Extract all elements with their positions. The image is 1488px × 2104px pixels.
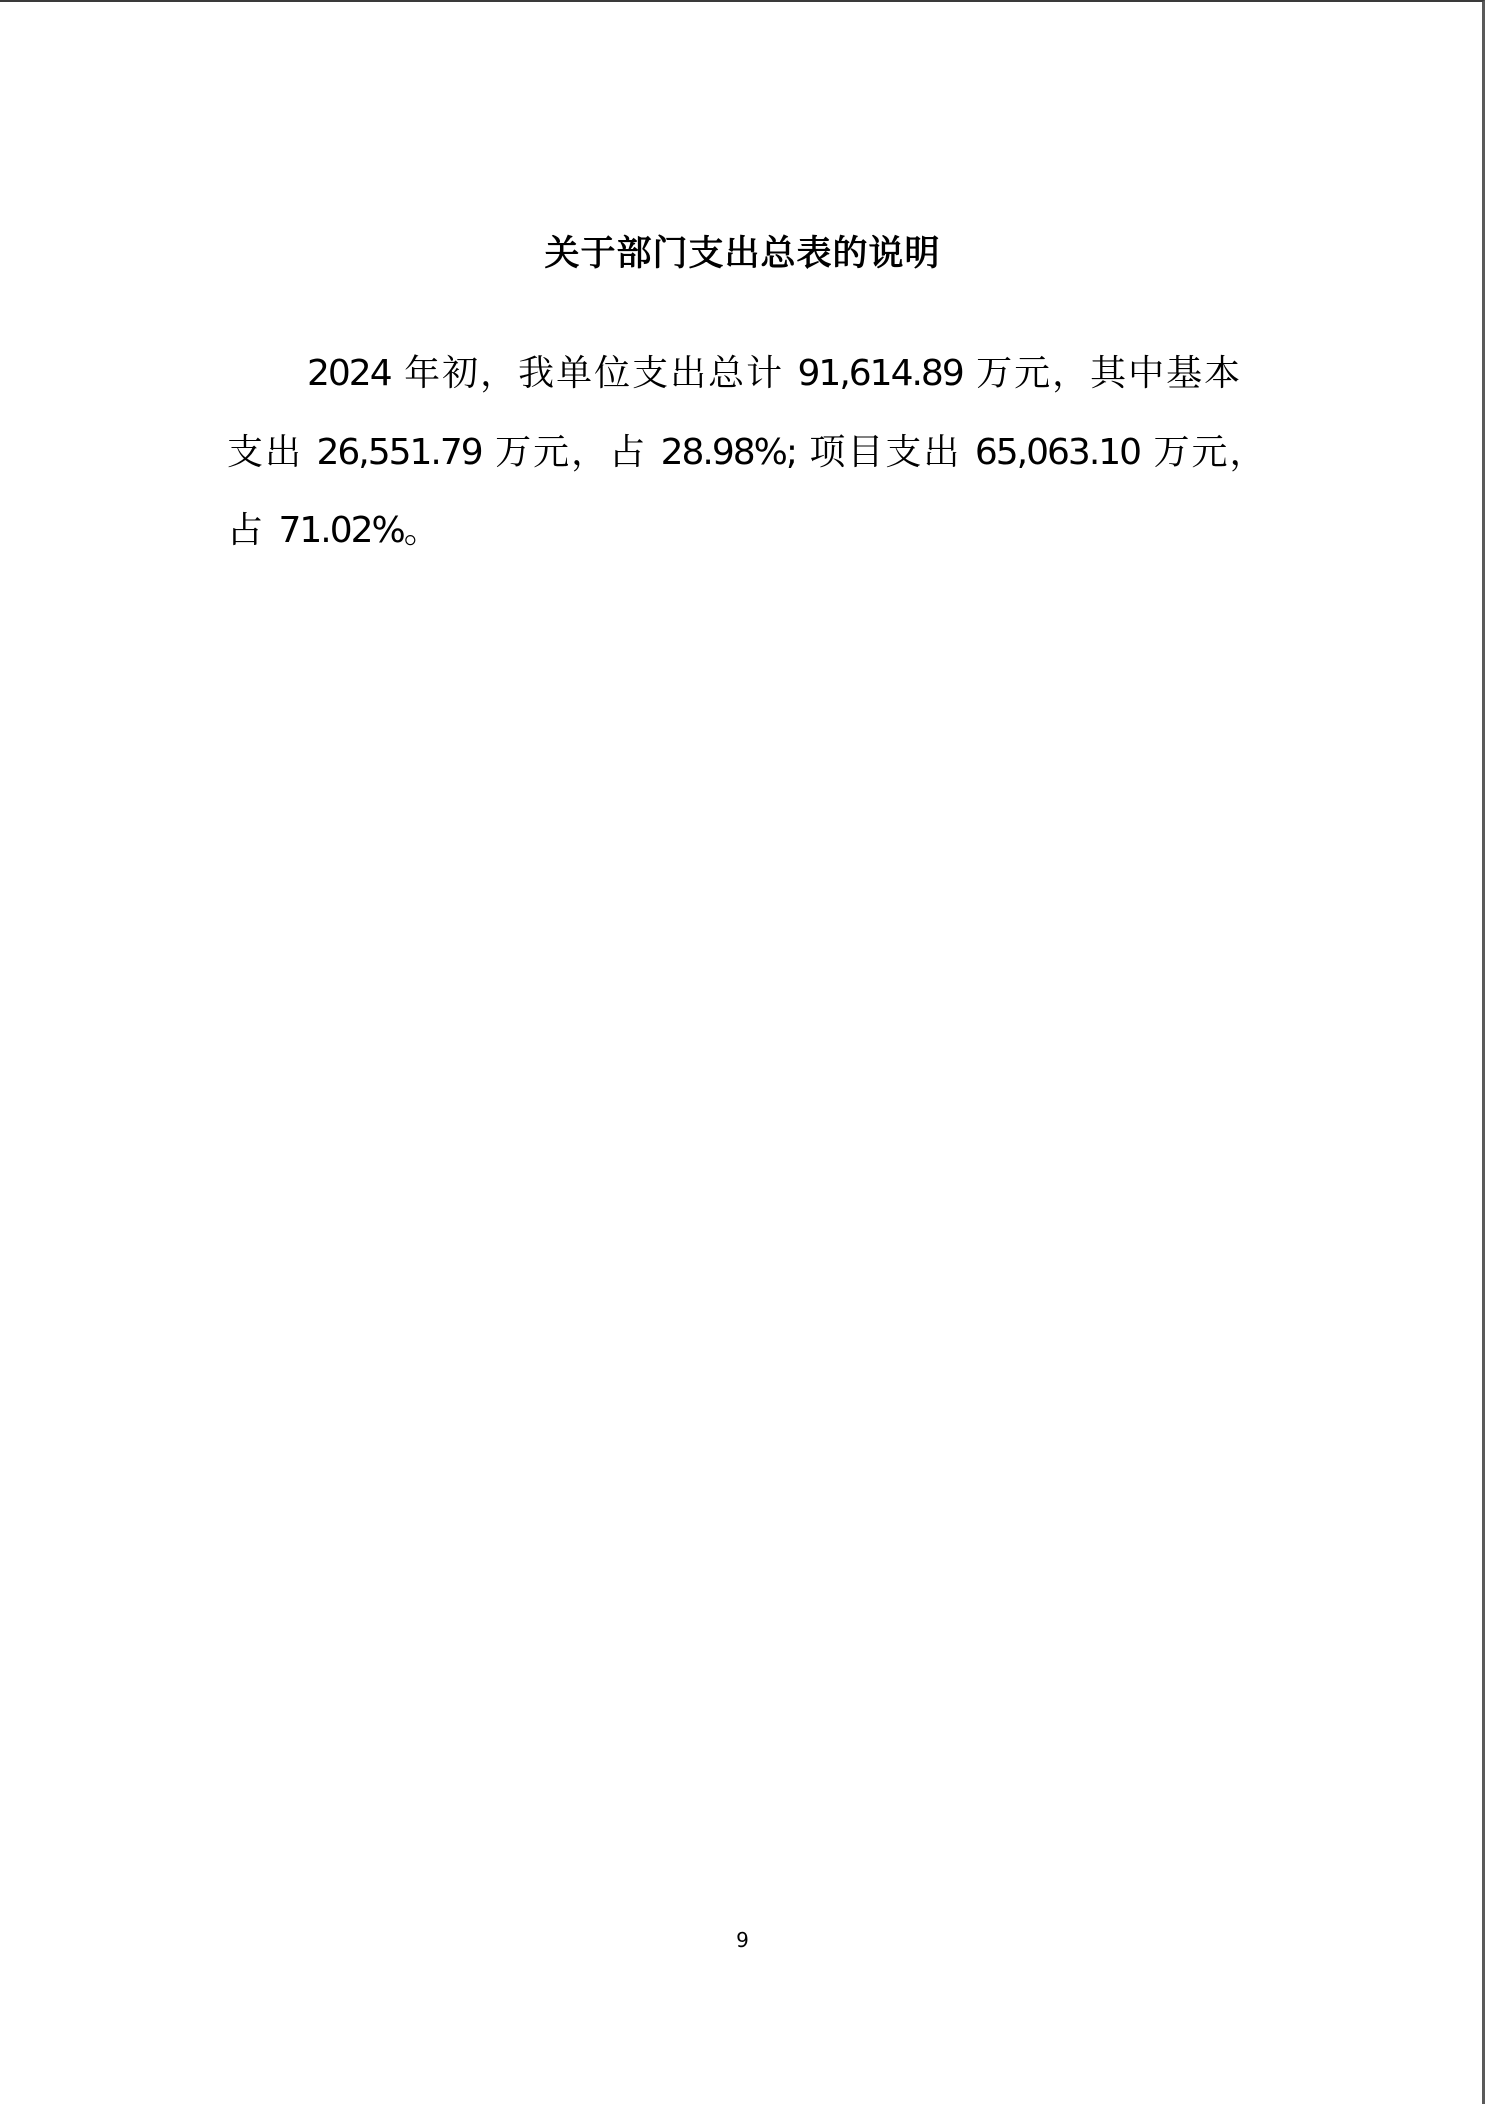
- project-expenditure-value: 65,063.10: [975, 432, 1140, 473]
- text-segment: 万元，占: [482, 432, 661, 473]
- text-segment: 占: [227, 510, 278, 551]
- text-segment: 万元，: [1140, 432, 1267, 473]
- document-page: 关于部门支出总表的说明 2024 年初，我单位支出总计 91,614.89 万元…: [0, 0, 1485, 2104]
- text-segment: 项目支出: [796, 432, 975, 473]
- year-value: 2024: [307, 353, 391, 394]
- page-title: 关于部门支出总表的说明: [0, 228, 1485, 280]
- basic-share-value: 28.98%;: [661, 432, 796, 473]
- project-share-value: 71.02%: [278, 510, 403, 551]
- text-segment: 支出: [227, 432, 316, 473]
- paragraph-line-2: 支出 26,551.79 万元，占 28.98%; 项目支出 65,063.10…: [227, 414, 1267, 493]
- page-number: 9: [0, 1928, 1485, 1952]
- paragraph-line-1: 2024 年初，我单位支出总计 91,614.89 万元，其中基本: [227, 335, 1267, 414]
- paragraph-line-3: 占 71.02%。: [227, 492, 1267, 571]
- text-segment: 年初，我单位支出总计: [391, 353, 798, 394]
- total-expenditure-value: 91,614.89: [798, 353, 963, 394]
- basic-expenditure-value: 26,551.79: [316, 432, 481, 473]
- text-segment: 万元，其中基本: [963, 353, 1242, 394]
- text-segment: 。: [404, 510, 442, 551]
- body-paragraph: 2024 年初，我单位支出总计 91,614.89 万元，其中基本 支出 26,…: [227, 335, 1267, 571]
